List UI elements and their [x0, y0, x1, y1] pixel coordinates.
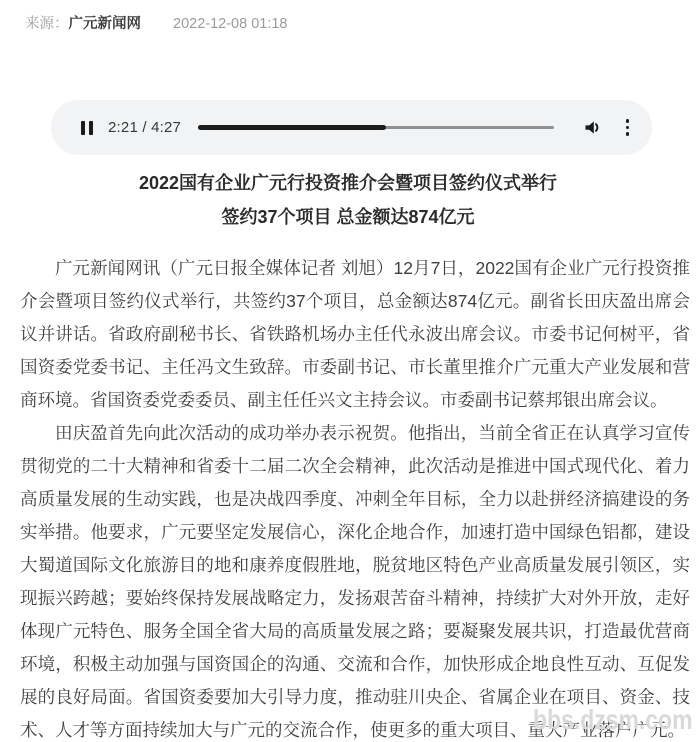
article-paragraph: 广元新闻网讯（广元日报全媒体记者 刘旭）12月7日，2022国有企业广元行投资推… — [20, 252, 690, 417]
article-body: 广元新闻网讯（广元日报全媒体记者 刘旭）12月7日，2022国有企业广元行投资推… — [20, 252, 690, 742]
publish-datetime: 2022-12-08 01:18 — [173, 16, 288, 32]
audio-time-display: 2:21 / 4:27 — [108, 119, 181, 136]
site-watermark: bbs.dzsm.com — [533, 704, 692, 736]
volume-icon[interactable] — [582, 117, 603, 138]
source-label: 来源： — [25, 12, 69, 33]
pause-icon — [89, 121, 93, 135]
audio-player: 2:21 / 4:27 — [51, 100, 652, 155]
article-title-line1: 2022国有企业广元行投资推介会暨项目签约仪式举行 — [0, 166, 696, 200]
pause-button[interactable] — [81, 121, 93, 135]
source-name: 广元新闻网 — [69, 12, 142, 33]
article-title: 2022国有企业广元行投资推介会暨项目签约仪式举行 签约37个项目 总金额达87… — [0, 166, 696, 234]
pause-icon — [81, 121, 85, 135]
article-paragraph: 田庆盈首先向此次活动的成功举办表示祝贺。他指出，当前全省正在认真学习宣传贯彻党的… — [20, 417, 690, 742]
audio-progress-played — [198, 125, 386, 130]
article-title-line2: 签约37个项目 总金额达874亿元 — [0, 200, 696, 234]
audio-progress-bar[interactable] — [198, 125, 553, 131]
kebab-menu-icon[interactable] — [624, 117, 632, 138]
article-meta: 来源：广元新闻网 2022-12-08 01:18 — [25, 12, 288, 33]
